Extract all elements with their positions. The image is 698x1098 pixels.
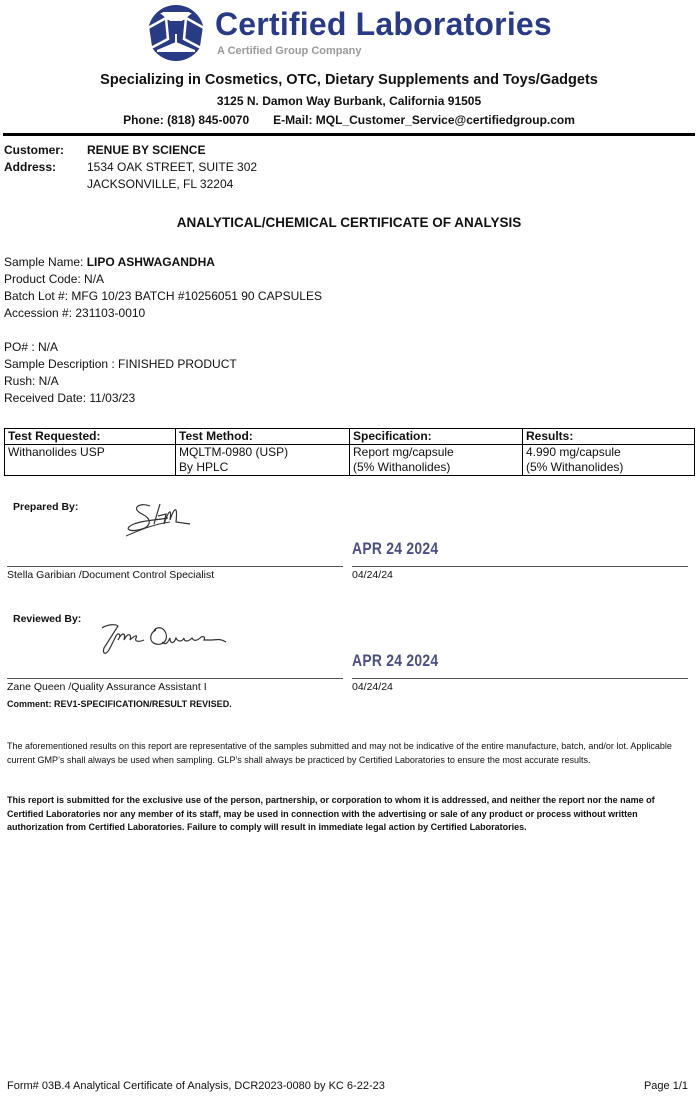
sample-name-label: Sample Name: xyxy=(4,255,87,269)
method-line-1: MQLTM-0980 (USP) xyxy=(179,445,346,460)
result-line-1: 4.990 mg/capsule xyxy=(526,445,691,460)
address-label: Address: xyxy=(4,160,56,174)
header-divider xyxy=(3,133,695,136)
form-number: Form# 03B.4 Analytical Certificate of An… xyxy=(7,1080,385,1092)
spec-line-1: Report mg/capsule xyxy=(353,445,519,460)
method-line-2: By HPLC xyxy=(179,460,346,475)
received-date: Received Date: 11/03/23 xyxy=(4,391,135,405)
prepared-received-stamp: APR 24 2024 xyxy=(352,539,438,559)
address-line-2: JACKSONVILLE, FL 32204 xyxy=(87,177,233,191)
results-disclaimer: The aforementioned results on this repor… xyxy=(7,740,691,767)
reviewed-signature-line xyxy=(7,678,343,679)
customer-label: Customer: xyxy=(4,143,64,157)
prepared-signature-line xyxy=(7,566,343,567)
document-title: ANALYTICAL/CHEMICAL CERTIFICATE OF ANALY… xyxy=(0,215,698,230)
sample-name-value: LIPO ASHWAGANDHA xyxy=(87,255,215,269)
signature-zane-icon xyxy=(96,618,231,660)
revision-comment: Comment: REV1-SPECIFICATION/RESULT REVIS… xyxy=(7,699,232,709)
lab-specialty: Specializing in Cosmetics, OTC, Dietary … xyxy=(0,72,698,88)
batch-lot: Batch Lot #: MFG 10/23 BATCH #10256051 9… xyxy=(4,289,322,303)
product-code: Product Code: N/A xyxy=(4,272,104,286)
signature-stella-icon xyxy=(120,498,200,540)
cell-result: 4.990 mg/capsule(5% Withanolides) xyxy=(523,445,695,476)
spec-line-2: (5% Withanolides) xyxy=(353,460,519,475)
header-results: Results: xyxy=(523,429,695,445)
reviewed-date: 04/24/24 xyxy=(352,681,393,693)
brand-name: Certified Laboratories xyxy=(215,6,552,43)
lab-email: E-Mail: MQL_Customer_Service@certifiedgr… xyxy=(273,113,575,127)
header-specification: Specification: xyxy=(350,429,523,445)
lab-contact: Phone: (818) 845-0070E-Mail: MQL_Custome… xyxy=(0,113,698,127)
certified-laboratories-logo-icon xyxy=(145,4,207,62)
accession-number: Accession #: 231103-0010 xyxy=(4,306,145,320)
usage-disclaimer: This report is submitted for the exclusi… xyxy=(7,794,691,835)
po-number: PO# : N/A xyxy=(4,340,58,354)
prepared-by-label: Prepared By: xyxy=(13,501,78,513)
reviewed-date-line xyxy=(352,678,688,679)
table-header-row: Test Requested: Test Method: Specificati… xyxy=(5,429,695,445)
lab-phone: Phone: (818) 845-0070 xyxy=(123,113,249,127)
page-number: Page 1/1 xyxy=(644,1080,688,1092)
brand-tagline: A Certified Group Company xyxy=(217,45,361,57)
reviewed-received-stamp: APR 24 2024 xyxy=(352,651,438,671)
customer-name: RENUE BY SCIENCE xyxy=(87,143,205,157)
cell-test: Withanolides USP xyxy=(5,445,176,476)
header-test-requested: Test Requested: xyxy=(5,429,176,445)
prepared-by-name: Stella Garibian /Document Control Specia… xyxy=(7,569,214,581)
prepared-date: 04/24/24 xyxy=(352,569,393,581)
cell-specification: Report mg/capsule(5% Withanolides) xyxy=(350,445,523,476)
header-test-method: Test Method: xyxy=(176,429,350,445)
prepared-date-line xyxy=(352,566,688,567)
reviewed-by-label: Reviewed By: xyxy=(13,613,81,625)
cell-method: MQLTM-0980 (USP)By HPLC xyxy=(176,445,350,476)
results-table: Test Requested: Test Method: Specificati… xyxy=(4,428,695,476)
sample-name: Sample Name: LIPO ASHWAGANDHA xyxy=(4,255,215,269)
rush: Rush: N/A xyxy=(4,374,59,388)
sample-description: Sample Description : FINISHED PRODUCT xyxy=(4,357,237,371)
table-row: Withanolides USP MQLTM-0980 (USP)By HPLC… xyxy=(5,445,695,476)
lab-address: 3125 N. Damon Way Burbank, California 91… xyxy=(0,94,698,108)
reviewed-by-name: Zane Queen /Quality Assurance Assistant … xyxy=(7,681,207,693)
result-line-2: (5% Withanolides) xyxy=(526,460,691,475)
address-line-1: 1534 OAK STREET, SUITE 302 xyxy=(87,160,257,174)
